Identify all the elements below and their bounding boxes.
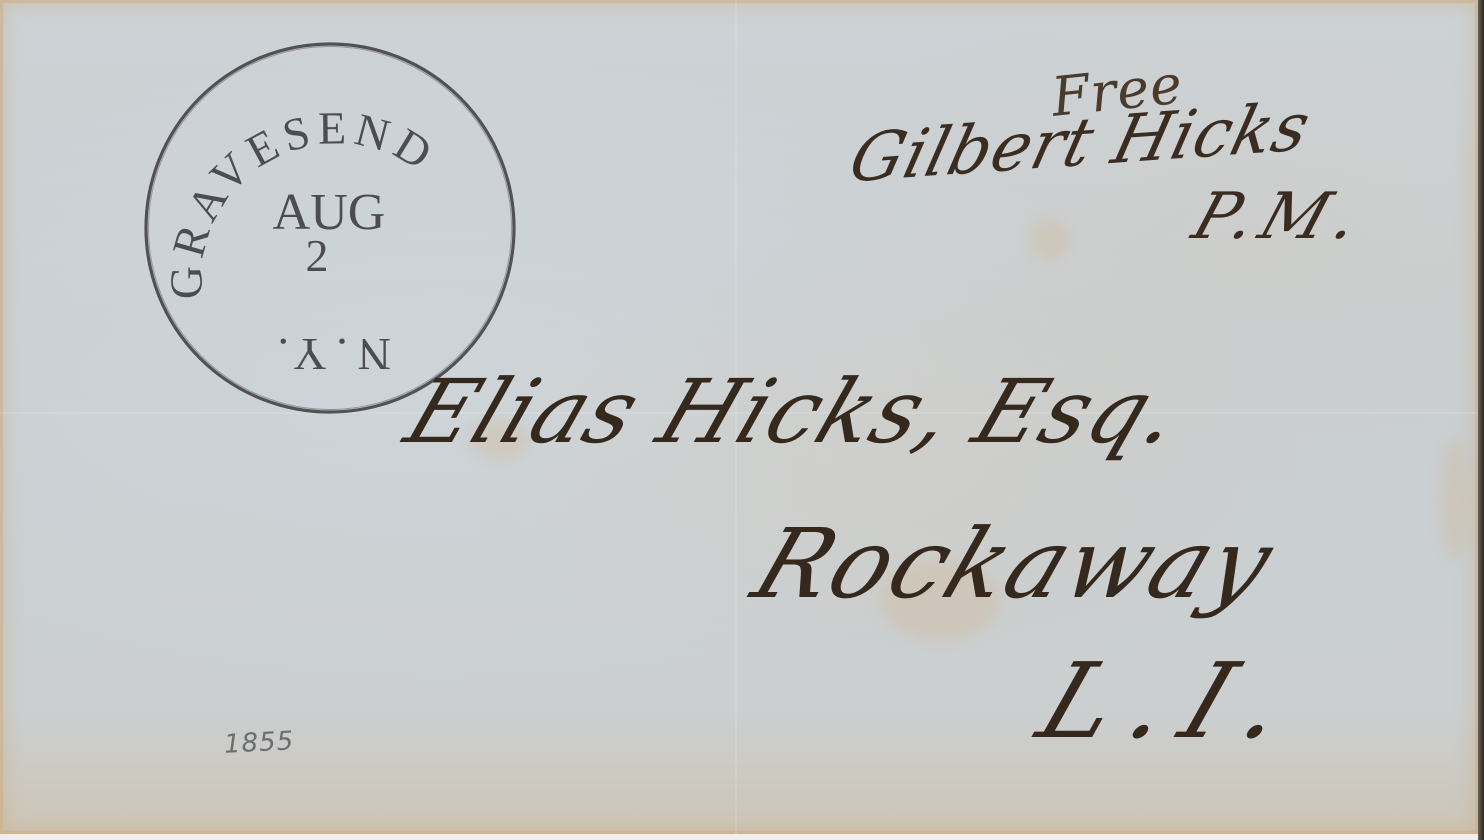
pencil-year-annotation: 1855: [223, 726, 295, 760]
address-region: L.I.: [1024, 640, 1325, 762]
foxing-stain: [1030, 220, 1070, 260]
postmark-month: AUG: [273, 184, 386, 241]
scan-edge-bottom: [0, 834, 1478, 840]
postmark-state: N.Y.: [267, 329, 391, 380]
address-town: Rockaway: [740, 508, 1290, 620]
envelope: GRAVESEND N.Y. AUG 2 Free Gilbert Hicks …: [0, 0, 1478, 834]
scan-edge-right: [1478, 0, 1484, 840]
frank-postmaster-title: P.M.: [1184, 180, 1376, 254]
foxing-stain: [1440, 440, 1470, 560]
postmark-day: 2: [306, 230, 329, 281]
addressee-name: Elias Hicks, Esq.: [393, 360, 1196, 463]
